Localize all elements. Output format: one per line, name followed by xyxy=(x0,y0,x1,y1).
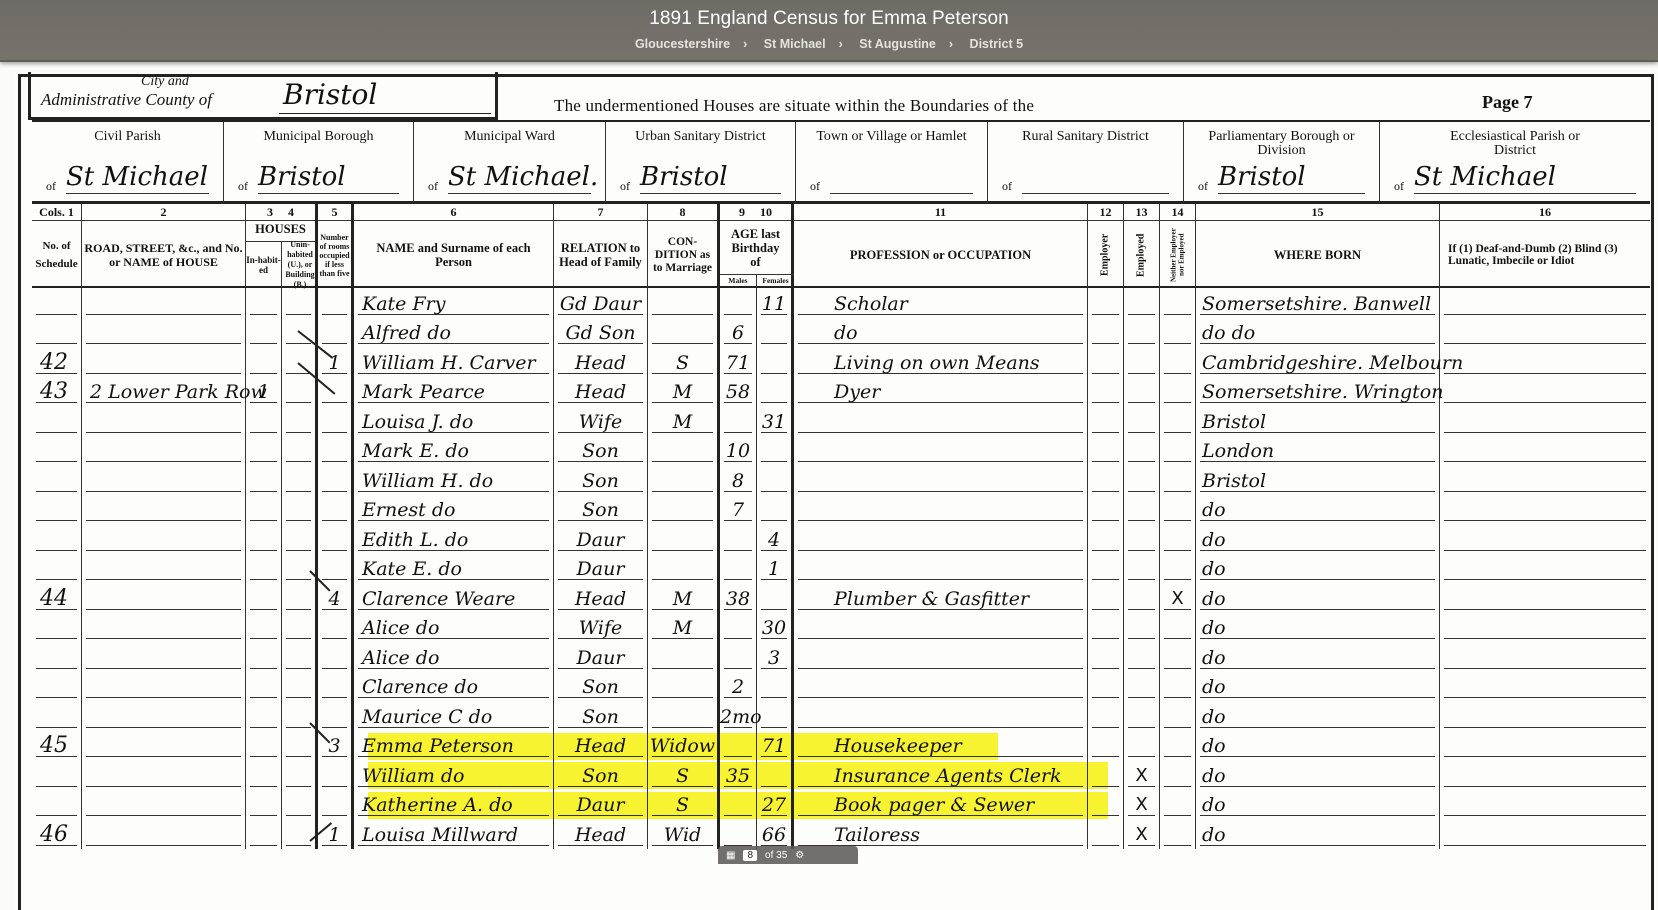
male-age-value: 58 xyxy=(720,380,756,404)
rule-line xyxy=(250,343,277,344)
condition-value: Wid xyxy=(648,823,717,847)
cell-name: Maurice C do xyxy=(354,701,554,731)
cell-inhabited xyxy=(246,613,282,643)
cell-female-age: 27 xyxy=(757,790,794,820)
relation-value: Wife xyxy=(554,410,647,434)
rule-line xyxy=(1128,638,1155,639)
chevron-right-icon: › xyxy=(839,37,843,51)
rule-line xyxy=(250,520,277,521)
cell-female-age xyxy=(757,377,794,407)
rule-line xyxy=(1092,314,1119,315)
rule-line xyxy=(761,491,787,492)
cell-infirmity xyxy=(1440,554,1650,584)
cell-condition xyxy=(648,554,720,584)
cell-name: Kate Fry xyxy=(354,288,554,318)
rule-line xyxy=(322,343,347,344)
name-value: William H. do xyxy=(362,469,493,493)
cell-infirmity xyxy=(1440,288,1650,318)
cell-infirmity xyxy=(1440,819,1650,849)
cell-name: Alice do xyxy=(354,613,554,643)
cell-neither xyxy=(1160,377,1196,407)
rule-line xyxy=(250,609,277,610)
image-viewer-pager[interactable]: ▦ 8 of 35 ⚙ xyxy=(718,846,858,864)
cell-occupation xyxy=(794,524,1088,554)
col-neither: 14 Neither Employer nor Employed xyxy=(1160,204,1196,288)
cell-address xyxy=(82,288,246,318)
cell-uninhabited xyxy=(282,760,318,790)
cell-infirmity xyxy=(1440,436,1650,466)
rule-line xyxy=(1200,579,1435,580)
born-value: Cambridgeshire. Melbourn xyxy=(1202,351,1463,375)
relation-value: Son xyxy=(554,498,647,522)
rule-line xyxy=(250,668,277,669)
cell-condition xyxy=(648,495,720,525)
cell-condition xyxy=(648,642,720,672)
occupation-value: Book pager & Sewer xyxy=(834,793,1034,817)
cell-occupation xyxy=(794,436,1088,466)
cell-name: Ernest do xyxy=(354,495,554,525)
rule-line xyxy=(724,432,752,433)
born-value: do xyxy=(1202,587,1226,611)
cell-employer xyxy=(1088,406,1124,436)
breadcrumb-county[interactable]: Gloucestershire xyxy=(635,37,730,51)
cell-inhabited xyxy=(246,554,282,584)
cell-schedule xyxy=(32,318,82,348)
cell-neither xyxy=(1160,613,1196,643)
rule-line xyxy=(286,668,311,669)
cell-name: Mark E. do xyxy=(354,436,554,466)
rule-line xyxy=(86,609,241,610)
breadcrumb-parish[interactable]: St Michael xyxy=(764,37,826,51)
schedule-value: 42 xyxy=(40,351,68,375)
census-row: 444Clarence WeareHeadM38Plumber & Gasfit… xyxy=(32,583,1650,613)
cell-relation: Daur xyxy=(554,790,648,820)
born-value: Somersetshire. Wrington xyxy=(1202,380,1443,404)
rule-line xyxy=(1444,727,1646,728)
cell-employed xyxy=(1124,642,1160,672)
cell-inhabited xyxy=(246,495,282,525)
cell-employer xyxy=(1088,701,1124,731)
rule-line xyxy=(1444,786,1646,787)
page-input[interactable]: 8 xyxy=(743,850,757,861)
census-image-viewer[interactable]: City and Administrative County of Bristo… xyxy=(14,72,1656,910)
cell-uninhabited xyxy=(282,288,318,318)
rule-line xyxy=(761,727,787,728)
condition-value: S xyxy=(648,764,717,788)
male-age-value: 2mo xyxy=(720,705,756,729)
cell-schedule xyxy=(32,524,82,554)
cell-uninhabited xyxy=(282,819,318,849)
cell-rooms xyxy=(318,465,354,495)
rule-line xyxy=(761,461,787,462)
cell-employed xyxy=(1124,672,1160,702)
relation-value: Son xyxy=(554,469,647,493)
occupation-value: Tailoress xyxy=(834,823,920,847)
rule-line xyxy=(86,314,241,315)
settings-icon[interactable]: ⚙ xyxy=(795,850,804,861)
rooms-value: 1 xyxy=(318,823,351,847)
name-value: Alice do xyxy=(362,616,439,640)
employed-value: X xyxy=(1124,793,1159,817)
schedule-value: 44 xyxy=(40,587,68,611)
cell-employer xyxy=(1088,642,1124,672)
cell-neither xyxy=(1160,760,1196,790)
census-row: Alice doWifeM30do xyxy=(32,613,1650,643)
cell-inhabited xyxy=(246,288,282,318)
cell-female-age xyxy=(757,465,794,495)
name-value: Louisa J. do xyxy=(362,410,473,434)
rule-line xyxy=(322,461,347,462)
rule-line xyxy=(1164,786,1191,787)
cell-inhabited xyxy=(246,790,282,820)
rule-line xyxy=(86,343,241,344)
rule-line xyxy=(86,815,241,816)
rule-line xyxy=(86,579,241,580)
cell-relation: Gd Son xyxy=(554,318,648,348)
rule-line xyxy=(761,609,787,610)
filmstrip-icon[interactable]: ▦ xyxy=(726,850,735,861)
cell-schedule: 46 xyxy=(32,819,82,849)
cell-neither xyxy=(1160,701,1196,731)
cell-neither xyxy=(1160,554,1196,584)
census-row: Alfred doGd Son6dodo do xyxy=(32,318,1650,348)
rule-line xyxy=(798,697,1083,698)
cell-infirmity xyxy=(1440,318,1650,348)
rule-line xyxy=(798,727,1083,728)
cell-female-age xyxy=(757,672,794,702)
boundary-municipal-ward: Municipal Ward of St Michael. xyxy=(414,122,606,204)
relation-value: Son xyxy=(554,764,647,788)
rule-line xyxy=(36,314,77,315)
cell-address xyxy=(82,436,246,466)
rule-line xyxy=(286,609,311,610)
cell-male-age: 8 xyxy=(720,465,757,495)
rule-line xyxy=(798,520,1083,521)
cell-employer xyxy=(1088,760,1124,790)
cell-born: do xyxy=(1196,495,1440,525)
rule-line xyxy=(1128,579,1155,580)
census-row: Katherine A. doDaurS27Book pager & Sewer… xyxy=(32,790,1650,820)
cell-relation: Daur xyxy=(554,554,648,584)
cell-name: Alfred do xyxy=(354,318,554,348)
rule-line xyxy=(798,668,1083,669)
cell-infirmity xyxy=(1440,642,1650,672)
rule-line xyxy=(1092,609,1119,610)
census-rows: Kate FryGd Daur11ScholarSomersetshire. B… xyxy=(32,288,1650,849)
record-header: 1891 England Census for Emma Peterson Gl… xyxy=(0,0,1658,62)
name-value: Alfred do xyxy=(362,321,451,345)
rule-line xyxy=(798,579,1083,580)
boundary-town-village: Town or Village or Hamlet of xyxy=(796,122,988,204)
cell-female-age xyxy=(757,347,794,377)
rule-line xyxy=(36,550,77,551)
boundary-rural-sanitary: Rural Sanitary District of xyxy=(988,122,1184,204)
rule-line xyxy=(1164,373,1191,374)
rule-line xyxy=(1128,550,1155,551)
rule-line xyxy=(1128,697,1155,698)
rule-line xyxy=(761,786,787,787)
rule-line xyxy=(286,461,311,462)
cell-born: do xyxy=(1196,642,1440,672)
cell-relation: Head xyxy=(554,377,648,407)
rule-line xyxy=(1128,461,1155,462)
cell-schedule xyxy=(32,406,82,436)
rule-line xyxy=(1128,343,1155,344)
boundary-civil-parish: Civil Parish of St Michael xyxy=(32,122,224,204)
cell-schedule xyxy=(32,672,82,702)
cell-occupation: Scholar xyxy=(794,288,1088,318)
cell-rooms: 1 xyxy=(318,819,354,849)
relation-value: Gd Daur xyxy=(554,292,647,316)
cell-employed xyxy=(1124,701,1160,731)
cell-neither xyxy=(1160,406,1196,436)
cell-uninhabited xyxy=(282,583,318,613)
admin-value: Bristol xyxy=(279,78,491,114)
chevron-right-icon: › xyxy=(743,37,747,51)
cell-male-age: 35 xyxy=(720,760,757,790)
rule-line xyxy=(322,668,347,669)
cell-male-age xyxy=(720,406,757,436)
cell-uninhabited xyxy=(282,347,318,377)
cell-employed xyxy=(1124,377,1160,407)
cell-address xyxy=(82,554,246,584)
cell-rooms xyxy=(318,790,354,820)
cell-rooms xyxy=(318,613,354,643)
condition-value: M xyxy=(648,410,717,434)
cell-rooms xyxy=(318,406,354,436)
cell-relation: Son xyxy=(554,436,648,466)
cell-relation: Son xyxy=(554,701,648,731)
male-age-value: 6 xyxy=(720,321,756,345)
cell-occupation xyxy=(794,554,1088,584)
cell-condition: M xyxy=(648,377,720,407)
rule-line xyxy=(1164,314,1191,315)
cell-male-age: 2 xyxy=(720,672,757,702)
born-value: do xyxy=(1202,498,1226,522)
male-age-value: 10 xyxy=(720,439,756,463)
cell-uninhabited xyxy=(282,790,318,820)
cell-occupation: Living on own Means xyxy=(794,347,1088,377)
cell-female-age: 3 xyxy=(757,642,794,672)
born-value: do xyxy=(1202,557,1226,581)
cell-female-age: 71 xyxy=(757,731,794,761)
cell-uninhabited xyxy=(282,642,318,672)
census-row: 432 Lower Park Row1Mark PearceHeadM58Dye… xyxy=(32,377,1650,407)
cell-name: Katherine A. do xyxy=(354,790,554,820)
col-where-born: 15 WHERE BORN xyxy=(1196,204,1440,288)
cell-relation: Son xyxy=(554,465,648,495)
female-age-value: 4 xyxy=(757,528,791,552)
rule-line xyxy=(36,786,77,787)
rule-line xyxy=(652,314,713,315)
cell-condition xyxy=(648,672,720,702)
cell-male-age xyxy=(720,288,757,318)
cell-condition xyxy=(648,701,720,731)
cell-employed xyxy=(1124,436,1160,466)
breadcrumb-subdistrict[interactable]: St Augustine xyxy=(859,37,936,51)
col-name: 6 NAME and Surname of each Person xyxy=(354,204,554,288)
census-row: William H. doSon8Bristol xyxy=(32,465,1650,495)
cell-address xyxy=(82,642,246,672)
boundary-urban-sanitary: Urban Sanitary District of Bristol xyxy=(606,122,796,204)
rule-line xyxy=(86,373,241,374)
relation-value: Head xyxy=(554,587,647,611)
born-value: do xyxy=(1202,734,1226,758)
rule-line xyxy=(86,520,241,521)
cell-infirmity xyxy=(1440,613,1650,643)
cell-uninhabited xyxy=(282,436,318,466)
cell-inhabited xyxy=(246,583,282,613)
rule-line xyxy=(652,343,713,344)
rule-line xyxy=(1444,756,1646,757)
rule-line xyxy=(250,727,277,728)
cell-address xyxy=(82,613,246,643)
rule-line xyxy=(250,579,277,580)
relation-value: Son xyxy=(554,439,647,463)
rule-line xyxy=(286,491,311,492)
rule-line xyxy=(86,697,241,698)
cell-condition xyxy=(648,318,720,348)
cell-name: Louisa J. do xyxy=(354,406,554,436)
relation-value: Head xyxy=(554,823,647,847)
cell-female-age: 30 xyxy=(757,613,794,643)
cell-rooms xyxy=(318,318,354,348)
cell-inhabited xyxy=(246,524,282,554)
cell-inhabited xyxy=(246,465,282,495)
cell-female-age xyxy=(757,495,794,525)
born-value: Bristol xyxy=(1202,469,1266,493)
cell-male-age: 58 xyxy=(720,377,757,407)
cell-male-age: 2mo xyxy=(720,701,757,731)
cell-relation: Head xyxy=(554,583,648,613)
rule-line xyxy=(286,402,311,403)
cell-rooms xyxy=(318,701,354,731)
cell-female-age xyxy=(757,436,794,466)
cell-address xyxy=(82,701,246,731)
rule-line xyxy=(36,343,77,344)
rule-line xyxy=(36,579,77,580)
rule-line xyxy=(1164,845,1191,846)
cell-employed xyxy=(1124,406,1160,436)
cell-employer xyxy=(1088,347,1124,377)
cell-infirmity xyxy=(1440,465,1650,495)
rule-line xyxy=(1164,491,1191,492)
cell-infirmity xyxy=(1440,495,1650,525)
occupation-value: Insurance Agents Clerk xyxy=(834,764,1062,788)
breadcrumb-district[interactable]: District 5 xyxy=(970,37,1024,51)
rule-line xyxy=(250,786,277,787)
cell-condition: S xyxy=(648,790,720,820)
rule-line xyxy=(250,845,277,846)
cell-name: Mark Pearce xyxy=(354,377,554,407)
cell-rooms xyxy=(318,288,354,318)
rule-line xyxy=(724,550,752,551)
rule-line xyxy=(724,756,752,757)
rule-line xyxy=(1200,697,1435,698)
schedule-value: 45 xyxy=(40,734,68,758)
census-row: Edith L. doDaur4do xyxy=(32,524,1650,554)
rule-line xyxy=(36,668,77,669)
condition-value: Widow xyxy=(648,734,717,758)
cell-born: do xyxy=(1196,613,1440,643)
cell-employer xyxy=(1088,554,1124,584)
rule-line xyxy=(36,520,77,521)
cell-rooms xyxy=(318,495,354,525)
male-age-value: 38 xyxy=(720,587,756,611)
cell-born: do xyxy=(1196,672,1440,702)
rule-line xyxy=(1128,520,1155,521)
relation-value: Wife xyxy=(554,616,647,640)
rooms-value: 4 xyxy=(318,587,351,611)
cell-name: Louisa Millward xyxy=(354,819,554,849)
cell-address xyxy=(82,406,246,436)
boundary-ecclesiastical: Ecclesiastical Parish or District of St … xyxy=(1380,122,1650,204)
rule-line xyxy=(322,638,347,639)
cell-address xyxy=(82,672,246,702)
col-infirmity: 16 If (1) Deaf-and-Dumb (2) Blind (3) Lu… xyxy=(1440,204,1650,288)
cell-rooms xyxy=(318,377,354,407)
rule-line xyxy=(86,786,241,787)
cell-infirmity xyxy=(1440,377,1650,407)
rule-line xyxy=(322,491,347,492)
cell-employed xyxy=(1124,731,1160,761)
cell-uninhabited xyxy=(282,377,318,407)
rule-line xyxy=(86,491,241,492)
rule-line xyxy=(1444,609,1646,610)
cell-neither xyxy=(1160,288,1196,318)
cell-neither xyxy=(1160,731,1196,761)
census-row: Ernest doSon7do xyxy=(32,495,1650,525)
rule-line xyxy=(286,550,311,551)
occupation-value: Scholar xyxy=(834,292,908,316)
rule-line xyxy=(652,697,713,698)
cell-employer xyxy=(1088,495,1124,525)
male-age-value: 7 xyxy=(720,498,756,522)
rule-line xyxy=(1092,520,1119,521)
rule-line xyxy=(1164,638,1191,639)
cell-born: do xyxy=(1196,790,1440,820)
rule-line xyxy=(724,815,752,816)
rule-line xyxy=(322,727,347,728)
rule-line xyxy=(322,314,347,315)
rule-line xyxy=(36,461,77,462)
rule-line xyxy=(1200,520,1435,521)
relation-value: Son xyxy=(554,675,647,699)
rule-line xyxy=(1092,756,1119,757)
relation-value: Head xyxy=(554,380,647,404)
cell-born: Somersetshire. Wrington xyxy=(1196,377,1440,407)
rule-line xyxy=(1128,491,1155,492)
cell-schedule xyxy=(32,288,82,318)
name-value: Kate E. do xyxy=(362,557,462,581)
boundaries-row: Civil Parish of St Michael Municipal Bor… xyxy=(32,120,1650,204)
rule-line xyxy=(798,550,1083,551)
rule-line xyxy=(286,786,311,787)
cell-inhabited xyxy=(246,642,282,672)
cell-employed xyxy=(1124,524,1160,554)
rule-line xyxy=(1164,343,1191,344)
rule-line xyxy=(1444,697,1646,698)
born-value: Somersetshire. Banwell xyxy=(1202,292,1431,316)
name-value: Emma Peterson xyxy=(362,734,514,758)
cell-born: do xyxy=(1196,760,1440,790)
cell-condition xyxy=(648,524,720,554)
cell-employer xyxy=(1088,524,1124,554)
rule-line xyxy=(322,432,347,433)
cell-address xyxy=(82,465,246,495)
rule-line xyxy=(761,697,787,698)
cell-schedule xyxy=(32,642,82,672)
